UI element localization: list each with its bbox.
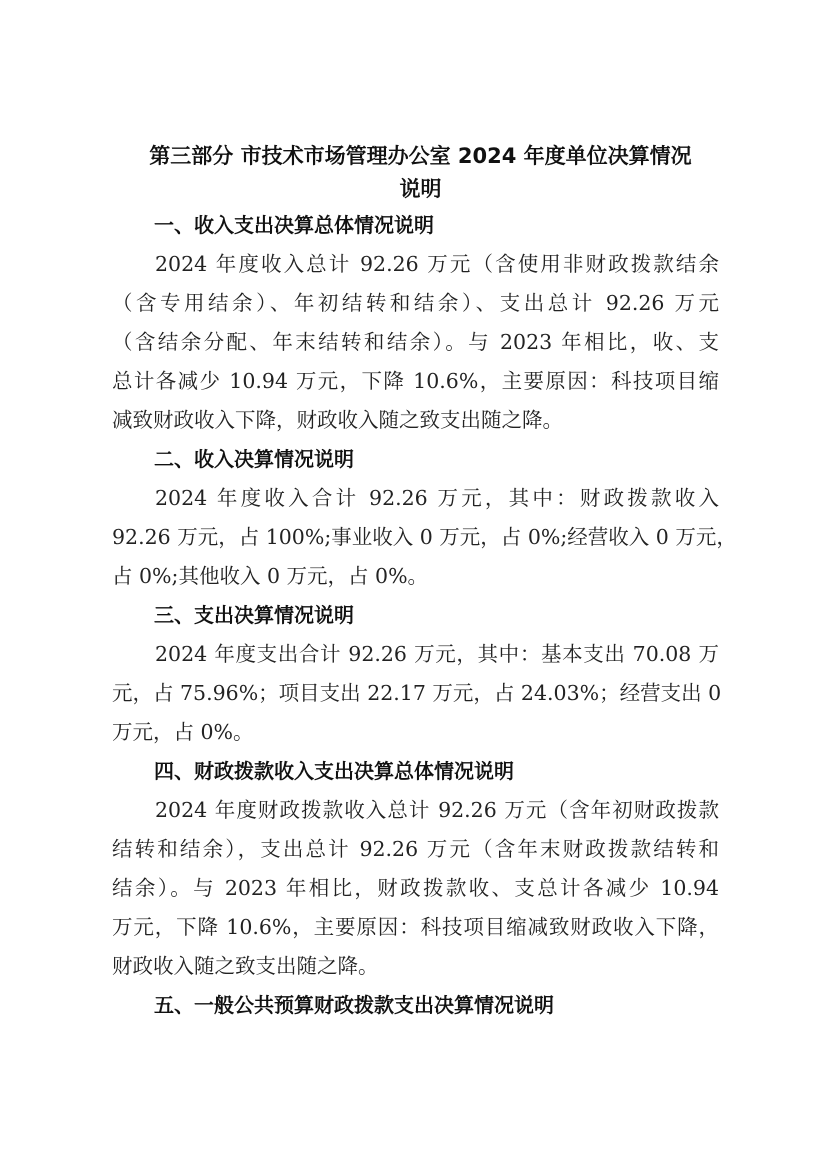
paragraph-line: （含专用结余）、年初结转和结余）、支出总计 92.26 万元	[112, 284, 719, 323]
section-expenditure: 三、支出决算情况说明 2024 年度支出合计 92.26 万元，其中：基本支出 …	[112, 596, 719, 752]
section-general-public-budget: 五、一般公共预算财政拨款支出决算情况说明	[112, 986, 719, 1025]
paragraph-line: 2024 年度收入总计 92.26 万元（含使用非财政拨款结余	[112, 245, 719, 284]
paragraph-line: 总计各减少 10.94 万元，下降 10.6%，主要原因：科技项目缩	[112, 362, 719, 401]
paragraph-line: 元，占 75.96%；项目支出 22.17 万元，占 24.03%；经营支出 0	[112, 674, 719, 713]
paragraph-line: （含结余分配、年末结转和结余）。与 2023 年相比，收、支	[112, 323, 719, 362]
paragraph-line: 2024 年度收入合计 92.26 万元，其中：财政拨款收入	[112, 479, 719, 518]
section-income-expenditure-overview: 一、收入支出决算总体情况说明 2024 年度收入总计 92.26 万元（含使用非…	[112, 206, 719, 440]
title-line-1: 第三部分 市技术市场管理办公室 2024 年度单位决算情况	[122, 140, 719, 173]
paragraph-line: 万元，下降 10.6%，主要原因：科技项目缩减致财政收入下降，	[112, 908, 719, 947]
section-heading: 五、一般公共预算财政拨款支出决算情况说明	[112, 986, 719, 1025]
title-line-2: 说明	[122, 173, 719, 206]
paragraph-line: 92.26 万元，占 100%;事业收入 0 万元，占 0%;经营收入 0 万元…	[112, 518, 719, 557]
paragraph-line: 结转和结余），支出总计 92.26 万元（含年末财政拨款结转和	[112, 830, 719, 869]
paragraph-line: 减致财政收入下降，财政收入随之致支出随之降。	[112, 401, 719, 440]
section-heading: 四、财政拨款收入支出决算总体情况说明	[112, 752, 719, 791]
paragraph-line: 2024 年度支出合计 92.26 万元，其中：基本支出 70.08 万	[112, 635, 719, 674]
document-page: 第三部分 市技术市场管理办公室 2024 年度单位决算情况 说明 一、收入支出决…	[112, 140, 719, 1025]
section-income: 二、收入决算情况说明 2024 年度收入合计 92.26 万元，其中：财政拨款收…	[112, 440, 719, 596]
section-paragraph: 2024 年度收入总计 92.26 万元（含使用非财政拨款结余 （含专用结余）、…	[112, 245, 719, 440]
section-paragraph: 2024 年度财政拨款收入总计 92.26 万元（含年初财政拨款 结转和结余），…	[112, 791, 719, 986]
section-paragraph: 2024 年度收入合计 92.26 万元，其中：财政拨款收入 92.26 万元，…	[112, 479, 719, 596]
section-paragraph: 2024 年度支出合计 92.26 万元，其中：基本支出 70.08 万 元，占…	[112, 635, 719, 752]
section-heading: 一、收入支出决算总体情况说明	[112, 206, 719, 245]
paragraph-line: 财政收入随之致支出随之降。	[112, 947, 719, 986]
document-title: 第三部分 市技术市场管理办公室 2024 年度单位决算情况 说明	[112, 140, 719, 206]
paragraph-line: 2024 年度财政拨款收入总计 92.26 万元（含年初财政拨款	[112, 791, 719, 830]
paragraph-line: 占 0%;其他收入 0 万元，占 0%。	[112, 557, 719, 596]
paragraph-line: 结余）。与 2023 年相比，财政拨款收、支总计各减少 10.94	[112, 869, 719, 908]
paragraph-line: 万元，占 0%。	[112, 713, 719, 752]
section-fiscal-appropriation-overview: 四、财政拨款收入支出决算总体情况说明 2024 年度财政拨款收入总计 92.26…	[112, 752, 719, 986]
section-heading: 三、支出决算情况说明	[112, 596, 719, 635]
section-heading: 二、收入决算情况说明	[112, 440, 719, 479]
